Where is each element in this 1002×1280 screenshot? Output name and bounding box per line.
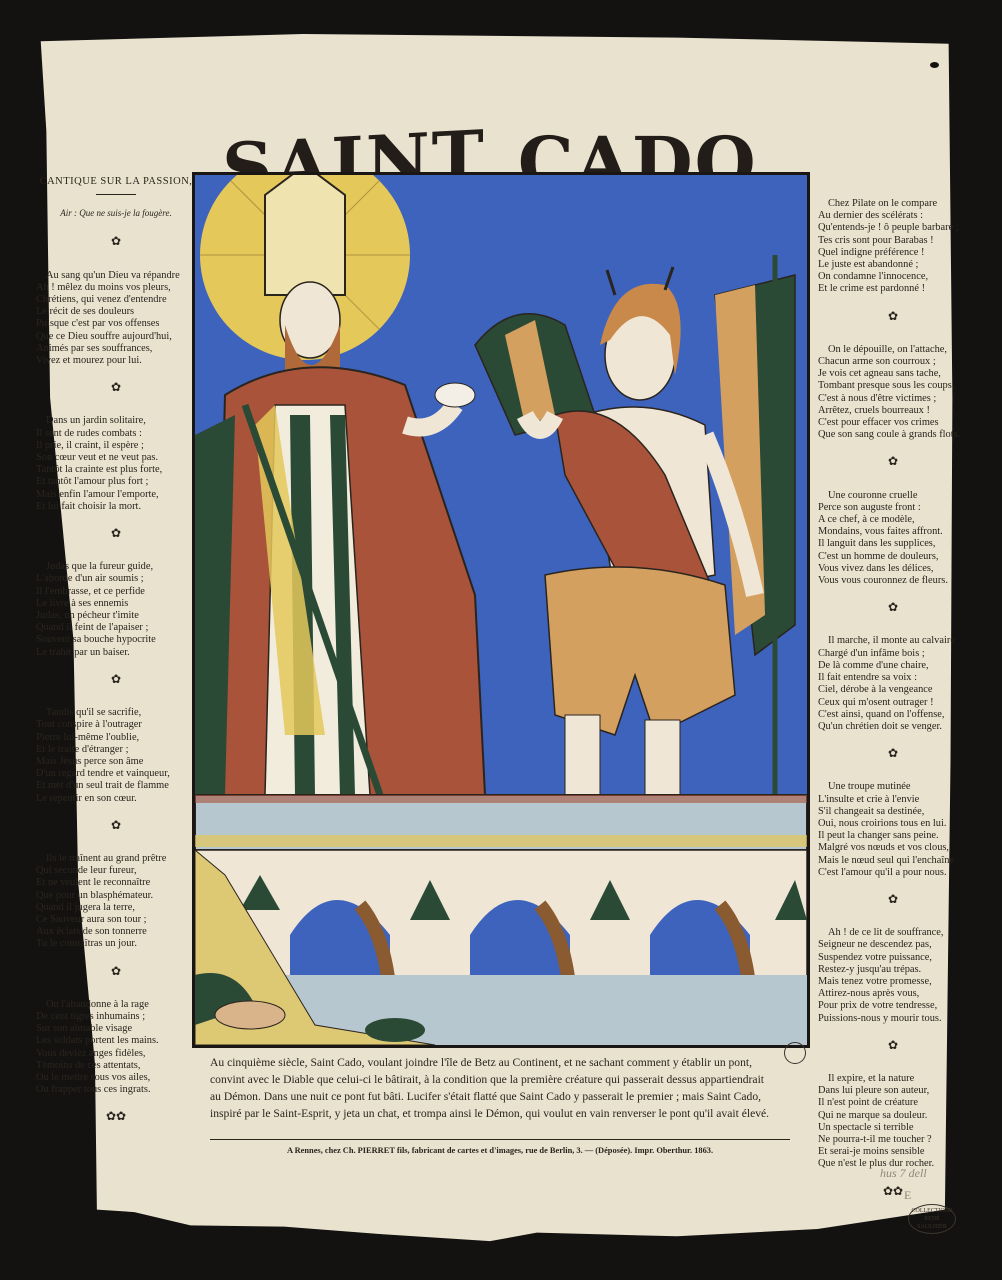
stanza-line: Que pour un blasphémateur. xyxy=(36,890,196,902)
legend-paragraph: Au cinquième siècle, Saint Cado, voulant… xyxy=(210,1054,790,1122)
stanza-line: Qu'un chrétien doit se venger. xyxy=(818,721,968,733)
stanza-line: Et le crime est pardonné ! xyxy=(818,283,968,295)
stanza-line: Vivez et mourez pour lui. xyxy=(36,355,196,367)
ornament-icon: ✿ xyxy=(818,310,968,322)
ornament-icon: ✿ xyxy=(818,455,968,467)
stanza-line: Il languit dans les supplices, xyxy=(818,538,968,550)
stanza-line: Il n'est point de créature xyxy=(818,1097,968,1109)
stanza-line: A ce chef, à ce modèle, xyxy=(818,514,968,526)
stanza-line: C'est l'amour qu'il a pour nous. xyxy=(818,867,968,879)
stanza-line: Il expire, et la nature xyxy=(818,1073,968,1085)
stanza-line: Au dernier des scélérats : xyxy=(818,210,968,222)
stanza-line: Ah ! mêlez du moins vos pleurs, xyxy=(36,282,196,294)
stanza-line: Mais tenez votre promesse, xyxy=(818,976,968,988)
right-hymn-column: Chez Pilate on le compareAu dernier des … xyxy=(818,198,968,1219)
hymn-stanza: Chez Pilate on le compareAu dernier des … xyxy=(818,198,968,296)
pencil-annotation-letter: E xyxy=(904,1188,911,1203)
stanza-line: L'insulte et crie à l'envie xyxy=(818,794,968,806)
collection-stamp: COLLECTIONS RENÉ SAULNIER xyxy=(908,1204,956,1234)
paper-hole xyxy=(960,70,967,75)
stanza-line: Ou le mettre sous vos ailes, xyxy=(36,1072,196,1084)
hymn-stanza: Dans un jardin solitaire,Il sent de rude… xyxy=(36,415,196,513)
legend-line: inspiré par le Saint-Esprit, y jeta un c… xyxy=(210,1105,790,1122)
stanza-line: Puisque c'est par vos offenses xyxy=(36,318,196,330)
stamp-line: SAULNIER xyxy=(909,1223,955,1231)
stanza-line: Chrétiens, qui venez d'entendre xyxy=(36,294,196,306)
ornament-icon: ✿ xyxy=(36,381,196,393)
stanza-line: Attirez-nous après vous, xyxy=(818,988,968,1000)
stanza-line: Il marche, il monte au calvaire xyxy=(818,635,968,647)
stanza-line: Seigneur ne descendez pas, xyxy=(818,939,968,951)
stanza-line: De là comme d'une chaire, xyxy=(818,660,968,672)
stanza-line: Judas que la fureur guide, xyxy=(36,561,196,573)
ornament-icon: ✿ xyxy=(36,673,196,685)
hymn-stanza: On le dépouille, on l'attache,Chacun arm… xyxy=(818,344,968,442)
pencil-annotation: hus 7 dell xyxy=(880,1166,927,1181)
ornament-icon: ✿✿ xyxy=(36,1110,196,1122)
stanza-line: Vous deviez anges fidèles, xyxy=(36,1048,196,1060)
stanza-line: Et lui fait choisir la mort. xyxy=(36,501,196,513)
hymn-stanza: Il marche, il monte au calvaireChargé d'… xyxy=(818,635,968,733)
stanza-line: On condamne l'innocence, xyxy=(818,271,968,283)
stanza-line: C'est pour effacer vos crimes xyxy=(818,417,968,429)
stanza-line: Ah ! de ce lit de souffrance, xyxy=(818,927,968,939)
stamp-line: COLLECTIONS xyxy=(909,1207,955,1215)
stanza-line: Tes cris sont pour Barabas ! xyxy=(818,235,968,247)
stanza-line: Suspendez votre puissance, xyxy=(818,952,968,964)
stanza-line: C'est à nous d'être victimes ; xyxy=(818,393,968,405)
stanza-line: Ce Sauveur aura son tour ; xyxy=(36,914,196,926)
legend-line: Au cinquième siècle, Saint Cado, voulant… xyxy=(210,1054,790,1071)
stanza-line: Mais le nœud seul qui l'enchaîne xyxy=(818,855,968,867)
hymn-stanza: Une troupe mutinéeL'insulte et crie à l'… xyxy=(818,781,968,879)
stanza-line: Que ce Dieu souffre aujourd'hui, xyxy=(36,331,196,343)
stanza-line: Il fait entendre sa voix : xyxy=(818,672,968,684)
stanza-line: Ils le traînent au grand prêtre xyxy=(36,853,196,865)
stanza-line: Il peut la changer sans peine. xyxy=(818,830,968,842)
stanza-line: Mais enfin l'amour l'emporte, xyxy=(36,489,196,501)
stanza-line: Tu le connaîtras un jour. xyxy=(36,938,196,950)
stanza-line: Dans un jardin solitaire, xyxy=(36,415,196,427)
stanza-line: Ceux qui m'osent outrager ! xyxy=(818,697,968,709)
left-stanzas: Au sang qu'un Dieu va répandreAh ! mêlez… xyxy=(36,270,196,1123)
stanza-line: Chez Pilate on le compare xyxy=(818,198,968,210)
stanza-line: Qui seconde leur fureur, xyxy=(36,865,196,877)
stanza-line: Il sent de rudes combats : xyxy=(36,428,196,440)
stanza-line: Et ne veulent le reconnaître xyxy=(36,877,196,889)
ornament-icon: ✿ xyxy=(818,601,968,613)
stanza-line: Oui, nous croirions tous en lui. xyxy=(818,818,968,830)
hymn-stanza: Judas que la fureur guide,L'aborde d'un … xyxy=(36,561,196,659)
stanza-line: Puissions-nous y mourir tous. xyxy=(818,1013,968,1025)
stanza-line: Vous vivez dans les délices, xyxy=(818,563,968,575)
stanza-line: Témoins de ces attentats, xyxy=(36,1060,196,1072)
stanza-line: Ciel, dérobe à la vengeance xyxy=(818,684,968,696)
stanza-line: Que son sang coule à grands flots. xyxy=(818,429,968,441)
stanza-line: S'il changeait sa destinée, xyxy=(818,806,968,818)
stanza-line: Le récit de ses douleurs xyxy=(36,306,196,318)
stanza-line: De cent tigres inhumains ; xyxy=(36,1011,196,1023)
stanza-line: Quand il jugera la terre, xyxy=(36,902,196,914)
ornament-icon: ✿ xyxy=(818,747,968,759)
stanza-line: Chargé d'un infâme bois ; xyxy=(818,648,968,660)
stanza-line: Vous vous couronnez de fleurs. xyxy=(818,575,968,587)
stamp-line: RENÉ xyxy=(909,1215,955,1223)
stanza-line: Ne pourra-t-il me toucher ? xyxy=(818,1134,968,1146)
stanza-line: D'un regard tendre et vainqueur, xyxy=(36,768,196,780)
stanza-line: Chacun arme son courroux ; xyxy=(818,356,968,368)
right-stanzas: Chez Pilate on le compareAu dernier des … xyxy=(818,198,968,1197)
ornament-icon: ✿ xyxy=(818,893,968,905)
stanza-line: On le dépouille, on l'attache, xyxy=(818,344,968,356)
stanza-line: Tantôt la crainte est plus forte, xyxy=(36,464,196,476)
hymn-heading: CANTIQUE SUR LA PASSION, xyxy=(36,176,196,188)
stanza-line: Mais Jésus perce son âme xyxy=(36,756,196,768)
stanza-line: Sur son aimable visage xyxy=(36,1023,196,1035)
stanza-line: Je vois cet agneau sans tache, xyxy=(818,368,968,380)
ornament-icon: ✿ xyxy=(36,965,196,977)
stanza-line: Malgré vos nœuds et vos clous, xyxy=(818,842,968,854)
legend-line: convint avec le Diable que celui-ci le b… xyxy=(210,1071,790,1088)
imprint-rule xyxy=(210,1139,790,1140)
hymn-stanza: Ah ! de ce lit de souffrance,Seigneur ne… xyxy=(818,927,968,1025)
stanza-line: Son cœur veut et ne veut pas. xyxy=(36,452,196,464)
stanza-line: Une couronne cruelle xyxy=(818,490,968,502)
stanza-line: Le juste est abandonné ; xyxy=(818,259,968,271)
saint-cado-and-devil-image xyxy=(195,175,807,1045)
stanza-line: Une troupe mutinée xyxy=(818,781,968,793)
stanza-line: Le repentir en son cœur. xyxy=(36,793,196,805)
stanza-line: Et le traite d'étranger ; xyxy=(36,744,196,756)
stanza-line: Animés par ses souffrances, xyxy=(36,343,196,355)
hymn-stanza: Il expire, et la natureDans lui pleure s… xyxy=(818,1073,968,1171)
hymn-air-label: Air : Que ne suis-je la fougère. xyxy=(36,207,196,219)
ornament-icon: ✿ xyxy=(36,235,196,247)
stanza-line: Perce son auguste front : xyxy=(818,502,968,514)
stanza-line: Souvent sa bouche hypocrite xyxy=(36,634,196,646)
stanza-line: Il prie, il craint, il espère ; xyxy=(36,440,196,452)
legend-line: au Démon. Dans une nuit ce pont fut bâti… xyxy=(210,1088,790,1105)
stanza-line: C'est ainsi, quand on l'offense, xyxy=(818,709,968,721)
woodcut-illustration xyxy=(192,172,810,1048)
printer-imprint: A Rennes, chez Ch. PIERRET fils, fabrica… xyxy=(210,1146,790,1155)
stanza-line: Pierre lui-même l'oublie, xyxy=(36,732,196,744)
stanza-line: Le trahit par un baiser. xyxy=(36,647,196,659)
stanza-line: On l'abandonne à la rage xyxy=(36,999,196,1011)
ornament-icon: ✿ xyxy=(818,1039,968,1051)
hymn-stanza: Une couronne cruellePerce son auguste fr… xyxy=(818,490,968,588)
stanza-line: Et serai-je moins sensible xyxy=(818,1146,968,1158)
stanza-line: Tombant presque sous les coups. xyxy=(818,380,968,392)
stanza-line: Tout conspire à l'outrager xyxy=(36,719,196,731)
stanza-line: Quand il feint de l'apaiser ; xyxy=(36,622,196,634)
stanza-line: Quel indigne préférence ! xyxy=(818,247,968,259)
stanza-line: Judas, un pécheur t'imite xyxy=(36,610,196,622)
ornament-icon: ✿ xyxy=(36,819,196,831)
stanza-line: Un spectacle si terrible xyxy=(818,1122,968,1134)
ornament-icon: ✿✿ xyxy=(818,1185,968,1197)
stanza-line: Pour prix de votre tendresse, xyxy=(818,1000,968,1012)
stanza-line: Restez-y jusqu'au trépas. xyxy=(818,964,968,976)
stanza-line: Et tantôt l'amour plus fort ; xyxy=(36,476,196,488)
heading-rule xyxy=(96,194,136,195)
stanza-line: Arrêtez, cruels bourreaux ! xyxy=(818,405,968,417)
ornament-icon: ✿ xyxy=(36,527,196,539)
stanza-line: L'aborde d'un air soumis ; xyxy=(36,573,196,585)
hymn-stanza: On l'abandonne à la rageDe cent tigres i… xyxy=(36,999,196,1097)
stanza-line: Il l'embrasse, et ce perfide xyxy=(36,586,196,598)
hymn-stanza: Tandis qu'il se sacrifie,Tout conspire à… xyxy=(36,707,196,805)
stanza-line: Et met d'un seul trait de flamme xyxy=(36,780,196,792)
stanza-line: Le livre à ses ennemis xyxy=(36,598,196,610)
stanza-line: Dans lui pleure son auteur, xyxy=(818,1085,968,1097)
stanza-line: Ou frapper tous ces ingrats. xyxy=(36,1084,196,1096)
stanza-line: Les soldats portent les mains. xyxy=(36,1035,196,1047)
stanza-line: Qui ne marque sa douleur. xyxy=(818,1110,968,1122)
stanza-line: Tandis qu'il se sacrifie, xyxy=(36,707,196,719)
stanza-line: Au sang qu'un Dieu va répandre xyxy=(36,270,196,282)
stanza-line: Mondains, vous faites affront. xyxy=(818,526,968,538)
hymn-stanza: Au sang qu'un Dieu va répandreAh ! mêlez… xyxy=(36,270,196,368)
hymn-stanza: Ils le traînent au grand prêtreQui secon… xyxy=(36,853,196,951)
stanza-line: Qu'entends-je ! ô peuple barbare ; xyxy=(818,222,968,234)
stanza-line: Aux éclats de son tonnerre xyxy=(36,926,196,938)
paper-hole xyxy=(930,62,939,68)
left-hymn-column: CANTIQUE SUR LA PASSION, Air : Que ne su… xyxy=(36,176,196,1145)
stanza-line: C'est un homme de douleurs, xyxy=(818,551,968,563)
